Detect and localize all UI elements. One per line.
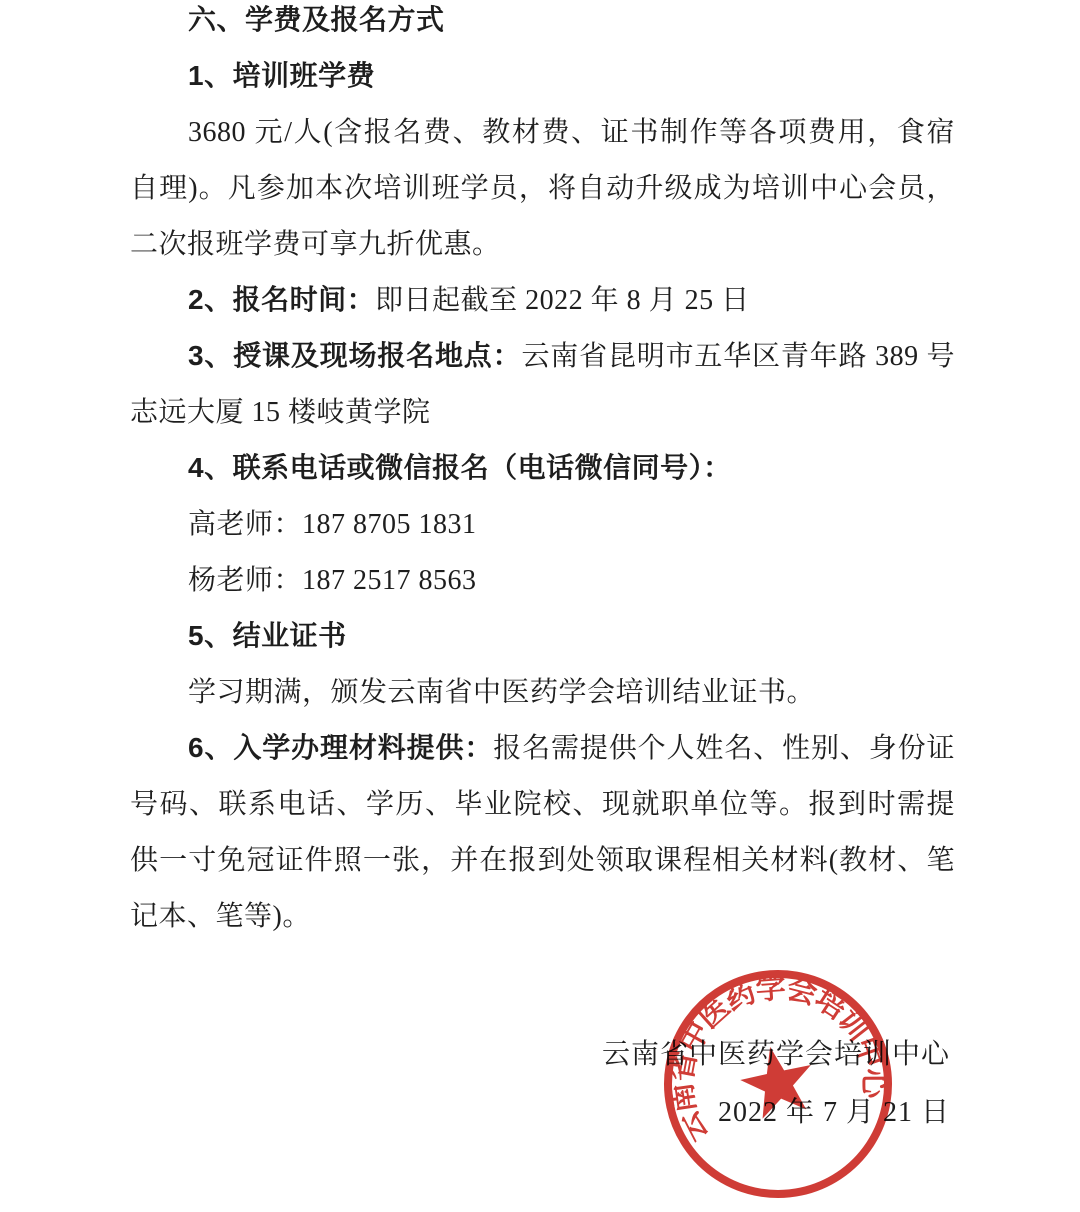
signature-date: 2022 年 7 月 21 日 bbox=[718, 1096, 950, 1130]
document-line-9: 4、联系电话或微信报名（电话微信同号）： bbox=[130, 440, 955, 496]
line-text: 志远大厦 15 楼岐黄学院 bbox=[130, 397, 431, 428]
line-bold-label: 2、报名时间： bbox=[188, 284, 375, 315]
document-line-12: 5、结业证书 bbox=[130, 608, 955, 664]
document-line-2: 1、培训班学费 bbox=[130, 48, 955, 104]
line-text: 自理)。凡参加本次培训班学员，将自动升级成为培训中心会员， bbox=[130, 173, 955, 204]
seal-outer-ring bbox=[652, 958, 904, 1210]
line-text: 供一寸免冠证件照一张，并在报到处领取课程相关材料(教材、笔 bbox=[130, 845, 955, 876]
line-text: 学习期满，颁发云南省中医药学会培训结业证书。 bbox=[188, 677, 815, 708]
document-line-4: 自理)。凡参加本次培训班学员，将自动升级成为培训中心会员， bbox=[130, 160, 955, 216]
line-text: 杨老师：187 2517 8563 bbox=[188, 565, 477, 596]
document-line-15: 号码、联系电话、学历、毕业院校、现就职单位等。报到时需提 bbox=[130, 776, 955, 832]
line-text: 二次报班学费可享九折优惠。 bbox=[130, 229, 501, 260]
line-text: 号码、联系电话、学历、毕业院校、现就职单位等。报到时需提 bbox=[130, 789, 955, 820]
line-bold-label: 六、学费及报名方式 bbox=[188, 4, 445, 35]
document-page: 六、学费及报名方式1、培训班学费3680 元/人(含报名费、教材费、证书制作等各… bbox=[0, 0, 1080, 1212]
official-seal: 云南省中医药学会培训中心 bbox=[652, 958, 904, 1210]
line-bold-label: 3、授课及现场报名地点： bbox=[188, 340, 521, 371]
document-line-6: 2、报名时间：即日起截至 2022 年 8 月 25 日 bbox=[130, 272, 955, 328]
document-line-3: 3680 元/人(含报名费、教材费、证书制作等各项费用，食宿 bbox=[130, 104, 955, 160]
document-line-5: 二次报班学费可享九折优惠。 bbox=[130, 216, 955, 272]
document-line-11: 杨老师：187 2517 8563 bbox=[130, 552, 955, 608]
line-text: 3680 元/人(含报名费、教材费、证书制作等各项费用，食宿 bbox=[188, 117, 955, 148]
document-line-7: 3、授课及现场报名地点：云南省昆明市五华区青年路 389 号 bbox=[130, 328, 955, 384]
line-text: 高老师：187 8705 1831 bbox=[188, 509, 477, 540]
line-text: 即日起截至 2022 年 8 月 25 日 bbox=[375, 285, 750, 316]
line-bold-label: 1、培训班学费 bbox=[188, 60, 375, 91]
document-line-14: 6、入学办理材料提供：报名需提供个人姓名、性别、身份证 bbox=[130, 720, 955, 776]
document-line-16: 供一寸免冠证件照一张，并在报到处领取课程相关材料(教材、笔 bbox=[130, 832, 955, 888]
line-text: 报名需提供个人姓名、性别、身份证 bbox=[493, 733, 955, 764]
line-text: 云南省昆明市五华区青年路 389 号 bbox=[521, 341, 955, 372]
signature-org-name: 云南省中医药学会培训中心 bbox=[602, 1038, 950, 1072]
document-line-1: 六、学费及报名方式 bbox=[130, 0, 955, 48]
document-line-10: 高老师：187 8705 1831 bbox=[130, 496, 955, 552]
line-text: 记本、笔等)。 bbox=[130, 901, 311, 932]
line-bold-label: 4、联系电话或微信报名（电话微信同号）： bbox=[188, 452, 732, 483]
document-line-8: 志远大厦 15 楼岐黄学院 bbox=[130, 384, 955, 440]
line-bold-label: 6、入学办理材料提供： bbox=[188, 732, 493, 763]
line-bold-label: 5、结业证书 bbox=[188, 620, 347, 651]
document-body: 六、学费及报名方式1、培训班学费3680 元/人(含报名费、教材费、证书制作等各… bbox=[130, 0, 955, 944]
document-line-13: 学习期满，颁发云南省中医药学会培训结业证书。 bbox=[130, 664, 955, 720]
document-line-17: 记本、笔等)。 bbox=[130, 888, 955, 944]
